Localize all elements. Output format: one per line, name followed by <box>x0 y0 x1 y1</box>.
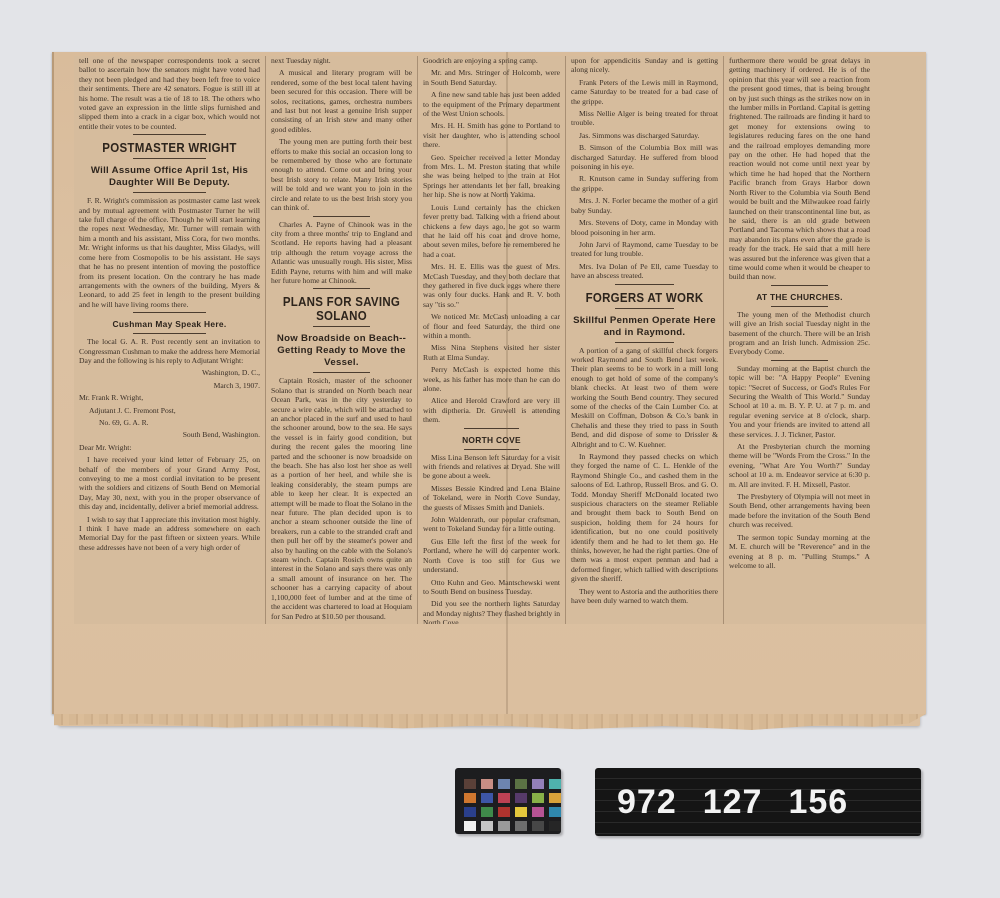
color-swatch <box>464 807 476 817</box>
article-paragraph: The young men are putting forth their be… <box>271 137 412 212</box>
article-paragraph: John Jarvi of Raymond, came Tuesday to b… <box>571 240 718 259</box>
newspaper-page: tell one of the newspaper correspondents… <box>52 52 926 714</box>
article-paragraph: Gus Elle left the first of the week for … <box>423 537 560 575</box>
article-paragraph: furthermore there would be great delays … <box>729 56 870 282</box>
article-headline: AT THE CHURCHES. <box>729 292 870 303</box>
article-paragraph: Jas. Simmons was discharged Saturday. <box>571 131 718 140</box>
article-headline: Cushman May Speak Here. <box>79 319 260 330</box>
article-paragraph: South Bend, Washington. <box>79 430 260 439</box>
article-paragraph: Mr. Frank R. Wright, <box>79 393 260 402</box>
color-swatch <box>515 779 527 789</box>
article-paragraph: Mrs. Iva Dolan of Pe Ell, came Tuesday t… <box>571 262 718 281</box>
article-paragraph: The Presbytery of Olympia will not meet … <box>729 492 870 530</box>
color-swatch <box>481 807 493 817</box>
color-swatch <box>532 807 544 817</box>
article-paragraph: Geo. Speicher received a letter Monday f… <box>423 153 560 200</box>
color-swatch <box>515 793 527 803</box>
article-paragraph: Did you see the northern lights Saturday… <box>423 599 560 624</box>
color-swatch <box>481 779 493 789</box>
article-paragraph: Charles A. Payne of Chinook was in the c… <box>271 220 412 286</box>
article-headline: Skillful Penmen Operate Here and in Raym… <box>571 315 718 339</box>
color-swatch <box>498 807 510 817</box>
column-rule <box>133 158 205 159</box>
column-rule <box>133 333 205 334</box>
color-swatch <box>549 779 561 789</box>
article-paragraph: Mrs. H. E. Ellis was the guest of Mrs. M… <box>423 262 560 309</box>
column-4: upon for appendicitis Sunday and is gett… <box>566 56 724 624</box>
column-rule <box>771 306 827 307</box>
article-headline: Will Assume Office April 1st, His Daught… <box>79 165 260 189</box>
column-rule <box>615 308 674 309</box>
article-paragraph: tell one of the newspaper correspondents… <box>79 56 260 131</box>
article-paragraph: A fine new sand table has just been adde… <box>423 90 560 118</box>
column-2: next Tuesday night.A musical and literar… <box>266 56 418 624</box>
column-rule <box>771 360 827 361</box>
article-paragraph: F. R. Wright's commission as postmaster … <box>79 196 260 309</box>
color-swatch <box>549 821 561 831</box>
column-rule <box>313 216 369 217</box>
color-swatch <box>498 779 510 789</box>
article-paragraph: The sermon topic Sunday morning at the M… <box>729 533 870 571</box>
color-swatch <box>481 793 493 803</box>
article-paragraph: I have received your kind letter of Febr… <box>79 455 260 511</box>
article-paragraph: I wish to say that I appreciate this inv… <box>79 515 260 553</box>
article-paragraph: Miss Lina Benson left Saturday for a vis… <box>423 453 560 481</box>
article-paragraph: Miss Nellie Alger is being treated for t… <box>571 109 718 128</box>
color-swatch <box>498 793 510 803</box>
article-paragraph: Misses Bessie Kindred and Lena Blaine of… <box>423 484 560 512</box>
article-paragraph: Mr. and Mrs. Stringer of Holcomb, were i… <box>423 68 560 87</box>
article-paragraph: B. Simson of the Columbia Box mill was d… <box>571 143 718 171</box>
article-paragraph: They went to Astoria and the authorities… <box>571 587 718 606</box>
article-paragraph: Adjutant J. C. Fremont Post, <box>79 406 260 415</box>
color-swatch <box>481 821 493 831</box>
color-swatch <box>532 821 544 831</box>
catalog-number-board: 972 127 156 <box>595 768 921 836</box>
article-paragraph: John Waldenrath, our popular craftsman, … <box>423 515 560 534</box>
article-paragraph: Dear Mr. Wright: <box>79 443 260 452</box>
color-swatch <box>464 821 476 831</box>
catalog-number-group-2: 127 <box>703 783 763 822</box>
color-calibration-chart <box>455 768 561 834</box>
article-paragraph: upon for appendicitis Sunday and is gett… <box>571 56 718 75</box>
column-rule <box>133 192 205 193</box>
article-paragraph: Sunday morning at the Baptist church the… <box>729 364 870 439</box>
column-rule <box>133 312 205 313</box>
column-rule <box>313 326 369 327</box>
article-paragraph: Mrs. J. N. Forler became the mother of a… <box>571 196 718 215</box>
article-paragraph: Miss Nina Stephens visited her sister Ru… <box>423 343 560 362</box>
column-5: furthermore there would be great delays … <box>724 56 926 624</box>
article-paragraph: In Raymond they passed checks on which t… <box>571 452 718 584</box>
article-paragraph: Captain Rosich, master of the schooner S… <box>271 376 412 621</box>
column-rule <box>133 134 205 135</box>
catalog-number-group-3: 156 <box>788 783 848 822</box>
column-rule <box>313 372 369 373</box>
article-paragraph: Washington, D. C., <box>79 368 260 377</box>
article-paragraph: Goodrich are enjoying a spring camp. <box>423 56 560 65</box>
color-swatch <box>515 821 527 831</box>
article-paragraph: Otto Kuhn and Geo. Mantschewski went to … <box>423 578 560 597</box>
newspaper-text-area: tell one of the newspaper correspondents… <box>74 56 926 624</box>
article-paragraph: Mrs. H. H. Smith has gone to Portland to… <box>423 121 560 149</box>
article-headline: NORTH COVE <box>423 435 560 446</box>
column-rule <box>771 285 827 286</box>
article-paragraph: Frank Peters of the Lewis mill in Raymon… <box>571 78 718 106</box>
center-fold-crease <box>506 52 508 714</box>
color-swatch-grid <box>464 779 561 831</box>
column-rule <box>313 288 369 289</box>
color-swatch <box>549 807 561 817</box>
article-paragraph: The young men of the Methodist church wi… <box>729 310 870 357</box>
column-3: Goodrich are enjoying a spring camp.Mr. … <box>418 56 566 624</box>
column-1: tell one of the newspaper correspondents… <box>74 56 266 624</box>
article-headline: POSTMASTER WRIGHT <box>86 141 253 155</box>
column-rule <box>615 342 674 343</box>
color-swatch <box>498 821 510 831</box>
article-paragraph: A portion of a gang of skillful check fo… <box>571 346 718 449</box>
column-rule <box>464 449 519 450</box>
article-paragraph: Mrs. Stevens of Doty, came in Monday wit… <box>571 218 718 237</box>
color-swatch <box>515 807 527 817</box>
article-paragraph: Louis Lund certainly has the chicken fev… <box>423 203 560 259</box>
color-swatch <box>464 779 476 789</box>
color-swatch <box>532 779 544 789</box>
catalog-number-group-1: 972 <box>617 783 677 822</box>
article-paragraph: A musical and literary program will be r… <box>271 68 412 134</box>
article-paragraph: We noticed Mr. McCash unloading a car of… <box>423 312 560 340</box>
article-paragraph: R. Knutson came in Sunday suffering from… <box>571 174 718 193</box>
article-paragraph: Alice and Herold Crawford are very ill w… <box>423 396 560 424</box>
article-paragraph: No. 69, G. A. R. <box>79 418 260 427</box>
column-rule <box>464 428 519 429</box>
article-paragraph: next Tuesday night. <box>271 56 412 65</box>
article-paragraph: March 3, 1907. <box>79 381 260 390</box>
article-paragraph: Perry McCash is expected home this week,… <box>423 365 560 393</box>
article-paragraph: The local G. A. R. Post recently sent an… <box>79 337 260 365</box>
article-headline: FORGERS AT WORK <box>577 291 712 305</box>
article-headline: PLANS FOR SAVING SOLANO <box>277 295 407 323</box>
color-swatch <box>549 793 561 803</box>
article-headline: Now Broadside on Beach-- Getting Ready t… <box>271 333 412 369</box>
color-swatch <box>464 793 476 803</box>
color-swatch <box>532 793 544 803</box>
article-paragraph: At the Presbyterian church the morning t… <box>729 442 870 489</box>
column-rule <box>615 284 674 285</box>
